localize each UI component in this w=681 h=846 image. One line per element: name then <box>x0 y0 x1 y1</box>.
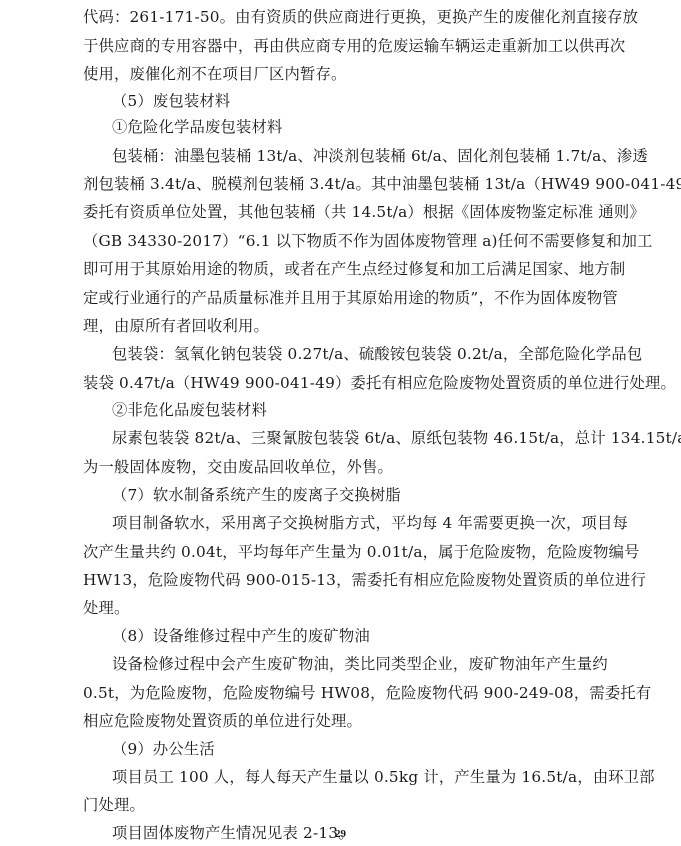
text-line: 包装桶：油墨包装桶 13t/a、冲淡剂包装桶 6t/a、固化剂包装桶 1.7t/… <box>112 142 648 170</box>
text-line: （GB 34330-2017）“6.1 以下物质不作为固体废物管理 a)任何不需… <box>83 227 653 255</box>
text-line: 于供应商的专用容器中，再由供应商专用的危废运输车辆运走重新加工以供再次 <box>83 32 625 60</box>
text-line: 设备检修过程中会产生废矿物油，类比同类型企业，废矿物油年产生量约 <box>112 650 608 678</box>
text-line: 理，由原所有者回收利用。 <box>83 312 269 340</box>
subsection-heading: ①危险化学品废包装材料 <box>112 113 282 141</box>
text-line: 委托有资质单位处置，其他包装桶（共 14.5t/a）根据《固体废物鉴定标准 通则… <box>83 198 645 226</box>
text-line: 为一般固体废物，交由废品回收单位，外售。 <box>83 453 393 481</box>
section-heading-7: （7）软水制备系统产生的废离子交换树脂 <box>112 481 401 509</box>
text-line: 处理。 <box>83 594 130 622</box>
section-heading-9: （9）办公生活 <box>112 735 215 763</box>
text-line: 包装袋：氢氧化钠包装袋 0.27t/a、硫酸铵包装袋 0.2t/a，全部危险化学… <box>112 340 642 368</box>
text-line: 即可用于其原始用途的物质，或者在产生点经过修复和加工后满足国家、地方制 <box>83 255 625 283</box>
text-line: 项目制备软水，采用离子交换树脂方式，平均每 4 年需要更换一次，项目每 <box>112 509 628 537</box>
page-number: 29 <box>0 828 681 840</box>
text-line: 使用，废催化剂不在项目厂区内暂存。 <box>83 60 346 88</box>
text-line: 尿素包装袋 82t/a、三聚氰胺包装袋 6t/a、原纸包装物 46.15t/a，… <box>112 424 681 452</box>
text-line: 项目员工 100 人，每人每天产生量以 0.5kg 计，产生量为 16.5t/a… <box>112 763 655 791</box>
text-line: 装袋 0.47t/a（HW49 900-041-49）委托有相应危险废物处置资质… <box>83 369 676 397</box>
text-line: 相应危险废物处置资质的单位进行处理。 <box>83 707 362 735</box>
section-heading-8: （8）设备维修过程中产生的废矿物油 <box>112 622 370 650</box>
subsection-heading: ②非危化品废包装材料 <box>112 396 267 424</box>
text-line: 门处理。 <box>83 791 145 819</box>
text-line: 剂包装桶 3.4t/a、脱模剂包装桶 3.4t/a。其中油墨包装桶 13t/a（… <box>83 170 681 198</box>
text-line: 0.5t，为危险废物，危险废物编号 HW08，危险废物代码 900-249-08… <box>83 679 651 707</box>
text-line: 次产生量共约 0.04t，平均每年产生量为 0.01t/a，属于危险废物，危险废… <box>83 538 640 566</box>
text-line: 代码：261-171-50。由有资质的供应商进行更换，更换产生的废催化剂直接存放 <box>83 3 638 31</box>
section-heading-5: （5）废包装材料 <box>112 87 230 115</box>
text-line: 定或行业通行的产品质量标准并且用于其原始用途的物质”，不作为固体废物管 <box>83 284 618 312</box>
text-line: HW13，危险废物代码 900-015-13，需委托有相应危险废物处置资质的单位… <box>83 566 646 594</box>
